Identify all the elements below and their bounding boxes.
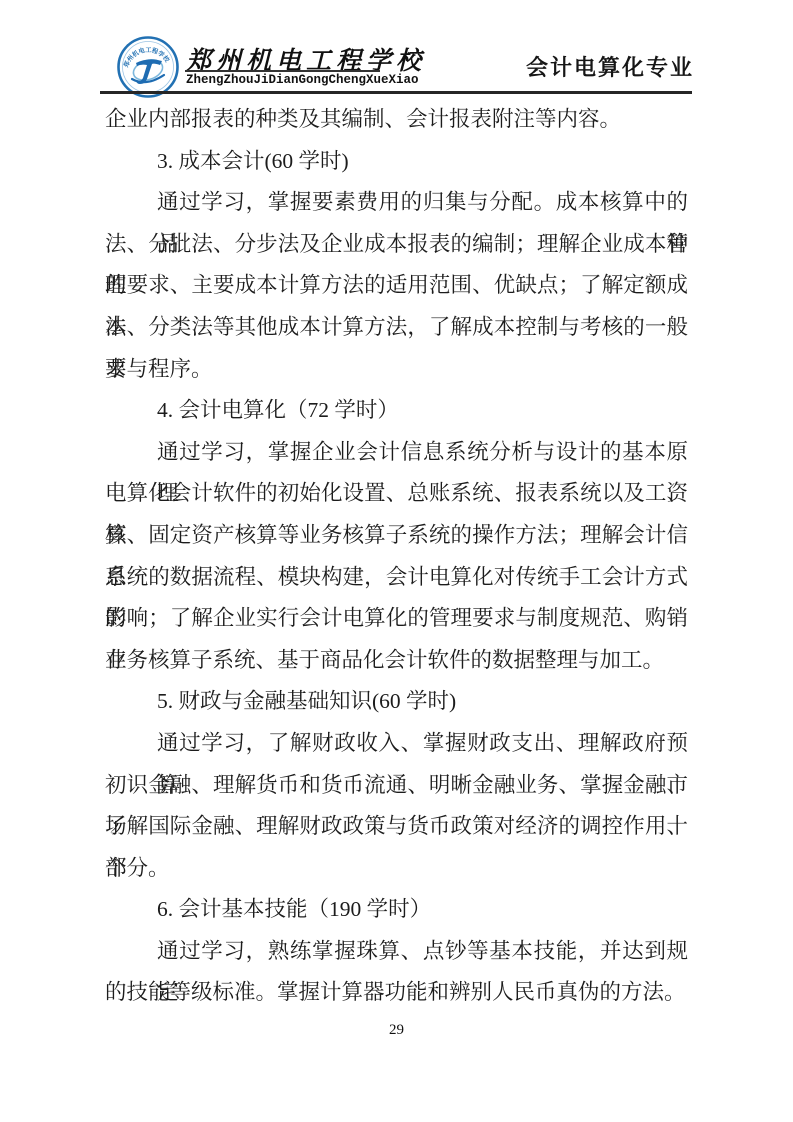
course-heading: 6. 会计基本技能（190 学时） xyxy=(105,889,688,931)
text-line: 了解国际金融、理解财政政策与货币政策对经济的调控作用十个 xyxy=(105,806,688,848)
text-line: 系统的数据流程、模块构建，会计电算化对传统手工会计方式的 xyxy=(105,557,688,599)
text-line: 通过学习，掌握要素费用的归集与分配。成本核算中的品种 xyxy=(105,182,688,224)
text-line: 业务核算子系统、基于商品化会计软件的数据整理与加工。 xyxy=(105,640,688,682)
text-line: 电算化会计软件的初始化设置、总账系统、报表系统以及工资核 xyxy=(105,473,688,515)
major-title: 会计电算化专业 xyxy=(526,51,694,82)
text-line: 法、分批法、分步法及企业成本报表的编制；理解企业成本管理 xyxy=(105,224,688,266)
text-line: 法、分类法等其他成本计算方法，了解成本控制与考核的一般要 xyxy=(105,307,688,349)
text-line: 初识金融、理解货币和货币流通、明晰金融业务、掌握金融市场、 xyxy=(105,765,688,807)
course-heading: 4. 会计电算化（72 学时） xyxy=(105,390,688,432)
page-number: 29 xyxy=(0,1022,793,1039)
school-name-underline xyxy=(185,70,380,72)
text-line: 影响；了解企业实行会计电算化的管理要求与制度规范、购销存 xyxy=(105,598,688,640)
school-pinyin: ZhengZhouJiDianGongChengXueXiao xyxy=(186,73,419,87)
text-line: 求与程序。 xyxy=(105,349,688,391)
text-line: 的要求、主要成本计算方法的适用范围、优缺点；了解定额成本 xyxy=(105,265,688,307)
text-line: 企业内部报表的种类及其编制、会计报表附注等内容。 xyxy=(105,99,688,141)
school-logo-icon: 郑州机电工程学校 xyxy=(116,35,180,99)
text-line: 通过学习，掌握企业会计信息系统分析与设计的基本原理、 xyxy=(105,432,688,474)
text-line: 的技能等级标准。掌握计算器功能和辨别人民币真伪的方法。 xyxy=(105,972,688,1014)
text-line: 部分。 xyxy=(105,848,688,890)
document-page: 郑州机电工程学校 郑州机电工程学校 ZhengZhouJiDianGongChe… xyxy=(0,0,793,1122)
course-heading: 5. 财政与金融基础知识(60 学时) xyxy=(105,681,688,723)
text-line: 通过学习，熟练掌握珠算、点钞等基本技能，并达到规定 xyxy=(105,931,688,973)
text-line: 通过学习，了解财政收入、掌握财政支出、理解政府预算、 xyxy=(105,723,688,765)
header-divider xyxy=(100,91,692,94)
course-heading: 3. 成本会计(60 学时) xyxy=(105,141,688,183)
text-line: 算、固定资产核算等业务核算子系统的操作方法；理解会计信息 xyxy=(105,515,688,557)
document-body: 企业内部报表的种类及其编制、会计报表附注等内容。 3. 成本会计(60 学时) … xyxy=(105,99,688,1014)
